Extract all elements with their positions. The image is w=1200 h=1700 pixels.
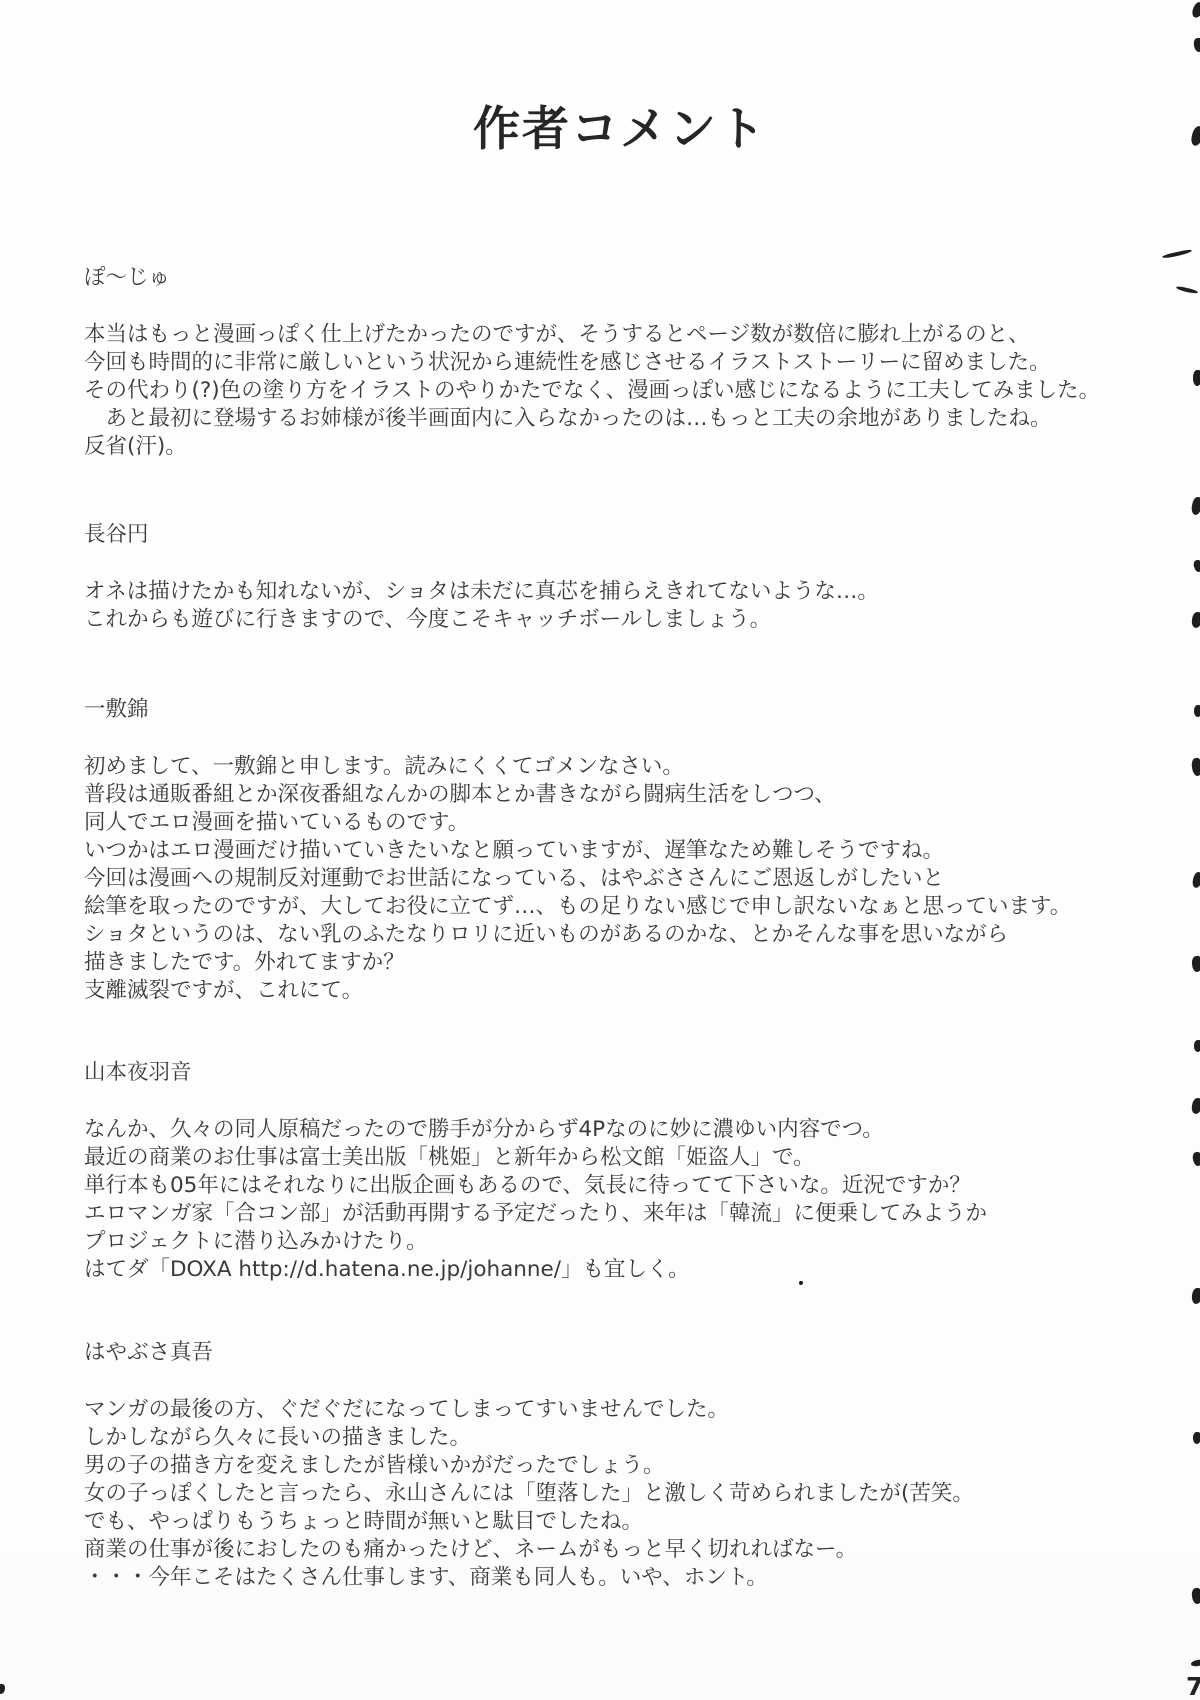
comment-line: 本当はもっと漫画っぽく仕上げたかったのですが、そうするとページ数が数倍に膨れ上が…	[84, 321, 1144, 349]
comment-paragraph: 初めまして、一敷錦と申します。読みにくくてゴメンなさい。 普段は通販番組とか深夜…	[84, 753, 1144, 1005]
author-comment-section: 山本夜羽音 なんか、久々の同人原稿だったので勝手が分からず4Pなのに妙に濃ゆい内…	[84, 1059, 1144, 1284]
comment-line: いつかはエロ漫画だけ描いていきたいなと願っていますが、遅筆なため難しそうですね。	[84, 837, 1144, 865]
author-comment-section: 一敷錦 初めまして、一敷錦と申します。読みにくくてゴメンなさい。 普段は通販番組…	[84, 696, 1144, 1005]
page-number: 7	[1186, 1672, 1200, 1700]
comment-line: でも、やっぱりもうちょっと時間が無いと駄目でしたね。	[84, 1508, 1144, 1536]
comment-line: これからも遊びに行きますので、今度こそキャッチボールしましょう。	[84, 606, 1144, 634]
comment-line: 同人でエロ漫画を描いているものです。	[84, 809, 1144, 837]
comment-line: 支離滅裂ですが、これにて。	[84, 977, 1144, 1005]
scan-artifact	[1193, 559, 1200, 573]
scan-artifact	[1162, 249, 1192, 259]
scan-artifact	[1191, 611, 1200, 628]
page-title: 作者コメント	[20, 92, 1200, 159]
scan-artifact	[1191, 1097, 1200, 1114]
comment-paragraph: オネは描けたかも知れないが、ショタは未だに真芯を捕らえきれてないような…。 これ…	[84, 578, 1144, 634]
comment-line: ショタというのは、ない乳のふたなりロリに近いものがあるのかな、とかそんな事を思い…	[84, 921, 1144, 949]
comment-line: 男の子の描き方を変えましたが皆様いかがだったでしょう。	[84, 1452, 1144, 1480]
comment-line: マンガの最後の方、ぐだぐだになってしまってすいませんでした。	[84, 1396, 1144, 1424]
scan-artifact	[799, 1281, 803, 1285]
comment-line: 描きましたです。外れてますか？	[84, 949, 1144, 977]
comment-line: しかしながら久々に長いの描きました。	[84, 1424, 1144, 1452]
comment-line: オネは描けたかも知れないが、ショタは未だに真芯を捕らえきれてないような…。	[84, 578, 1144, 606]
scan-artifact	[1191, 757, 1200, 776]
author-name: ぽ〜じゅ	[84, 264, 1144, 292]
scan-artifact	[1193, 1432, 1200, 1444]
author-comment-section: 長谷円 オネは描けたかも知れないが、ショタは未だに真芯を捕らえきれてないような……	[84, 521, 1144, 634]
scan-artifact	[1194, 705, 1200, 717]
comment-paragraph: 本当はもっと漫画っぽく仕上げたかったのですが、そうするとページ数が数倍に膨れ上が…	[84, 321, 1144, 461]
scan-artifact	[1191, 871, 1200, 889]
scan-artifact	[1191, 1288, 1200, 1305]
comment-line: 商業の仕事が後におしたのも痛かったけど、ネームがもっと早く切れればなー。	[84, 1536, 1144, 1564]
comment-line: 女の子っぽくしたと言ったら、永山さんには「堕落した」と激しく苛められましたが(苦…	[84, 1480, 1144, 1508]
scan-artifact	[1191, 956, 1200, 973]
comment-line: なんか、久々の同人原稿だったので勝手が分からず4Pなのに妙に濃ゆい内容でつ。	[84, 1116, 1144, 1144]
comment-line: 初めまして、一敷錦と申します。読みにくくてゴメンなさい。	[84, 753, 1144, 781]
comment-line: エロマンガ家「合コン部」が活動再開する予定だったり、来年は「韓流」に便乗してみよ…	[84, 1200, 1144, 1228]
comment-line: ・・・今年こそはたくさん仕事します、商業も同人も。いや、ホント。	[84, 1564, 1144, 1592]
comment-line: プロジェクトに潜り込みかけたり。	[84, 1228, 1144, 1256]
comment-paragraph: なんか、久々の同人原稿だったので勝手が分からず4Pなのに妙に濃ゆい内容でつ。 最…	[84, 1116, 1144, 1284]
scanned-page: 作者コメント ぽ〜じゅ 本当はもっと漫画っぽく仕上げたかったのですが、そうすると…	[0, 0, 1200, 1700]
scan-artifact	[1191, 1659, 1200, 1667]
scan-artifact	[1191, 1587, 1200, 1604]
comment-line: 普段は通販番組とか深夜番組なんかの脚本とか書きながら闘病生活をしつつ、	[84, 781, 1144, 809]
comment-line: 今回も時間的に非常に厳しいという状況から連続性を感じさせるイラストストーリーに留…	[84, 349, 1144, 377]
author-comment-section: ぽ〜じゅ 本当はもっと漫画っぽく仕上げたかったのですが、そうするとページ数が数倍…	[84, 264, 1144, 461]
scan-artifact	[1193, 37, 1200, 52]
comment-line: はてダ「DOXA http://d.hatena.ne.jp/johanne/」…	[84, 1256, 1144, 1284]
author-name: はやぶさ真吾	[84, 1339, 1144, 1367]
comment-line: 最近の商業のお仕事は富士美出版「桃姫」と新年から松文館「姫盗人」で。	[84, 1144, 1144, 1172]
comment-line: その代わり(?)色の塗り方をイラストのやりかたでなく、漫画っぽい感じになるように…	[84, 377, 1144, 405]
comment-line: 反省(汗)。	[84, 433, 1144, 461]
author-name: 長谷円	[84, 521, 1144, 549]
scan-artifact	[1192, 1151, 1200, 1167]
comment-line: 単行本も05年にはそれなりに出版企画もあるので、気長に待ってて下さいな。近況です…	[84, 1172, 1144, 1200]
author-name: 一敷錦	[84, 696, 1144, 724]
comment-line: あと最初に登場するお姉様が後半画面内に入らなかったのは…もっと工夫の余地がありま…	[84, 405, 1144, 433]
scan-artifact	[1193, 370, 1200, 386]
scan-artifact	[1191, 496, 1200, 515]
comment-paragraph: マンガの最後の方、ぐだぐだになってしまってすいませんでした。 しかしながら久々に…	[84, 1396, 1144, 1592]
comment-line: 今回は漫画への規制反対運動でお世話になっている、はやぶささんにご恩返しがしたいと	[84, 865, 1144, 893]
comment-line: 絵筆を取ったのですが、大してお役に立てず…、もの足りない感じで申し訳ないなぁと思…	[84, 893, 1144, 921]
author-name: 山本夜羽音	[84, 1059, 1144, 1087]
scan-artifact	[1191, 1, 1200, 19]
scan-artifact	[0, 1684, 5, 1694]
scan-artifact	[1194, 1040, 1200, 1052]
scan-artifact	[1176, 285, 1198, 294]
author-comment-section: はやぶさ真吾 マンガの最後の方、ぐだぐだになってしまってすいませんでした。 しか…	[84, 1339, 1144, 1592]
